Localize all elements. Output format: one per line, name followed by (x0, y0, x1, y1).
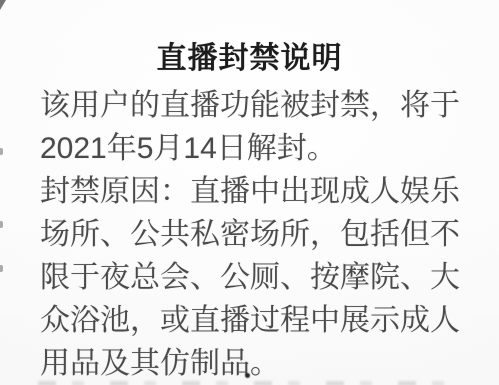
notice-line: 该用户的直播功能被封禁，将于 (40, 84, 461, 127)
notice-line: 众浴池，或直播过程中展示成人 (40, 299, 461, 342)
stray-dot-artifact (245, 373, 250, 378)
notice-line: 场所、公共私密场所，包括但不 (40, 213, 461, 256)
notice-line: 封禁原因：直播中出现成人娱乐 (40, 170, 461, 213)
notice-title: 直播封禁说明 (0, 42, 499, 76)
notice-line: 用品及其仿制品。 (40, 342, 461, 385)
notice-body: 该用户的直播功能被封禁，将于 2021年5月14日解封。 封禁原因：直播中出现成… (40, 84, 461, 385)
cropped-text-artifact (38, 381, 468, 385)
live-ban-notice-screen: 直播封禁说明 该用户的直播功能被封禁，将于 2021年5月14日解封。 封禁原因… (0, 0, 499, 385)
notice-line: 限于夜总会、公厕、按摩院、大 (40, 256, 461, 299)
notice-content: 直播封禁说明 该用户的直播功能被封禁，将于 2021年5月14日解封。 封禁原因… (0, 0, 499, 385)
notice-line: 2021年5月14日解封。 (40, 127, 461, 170)
